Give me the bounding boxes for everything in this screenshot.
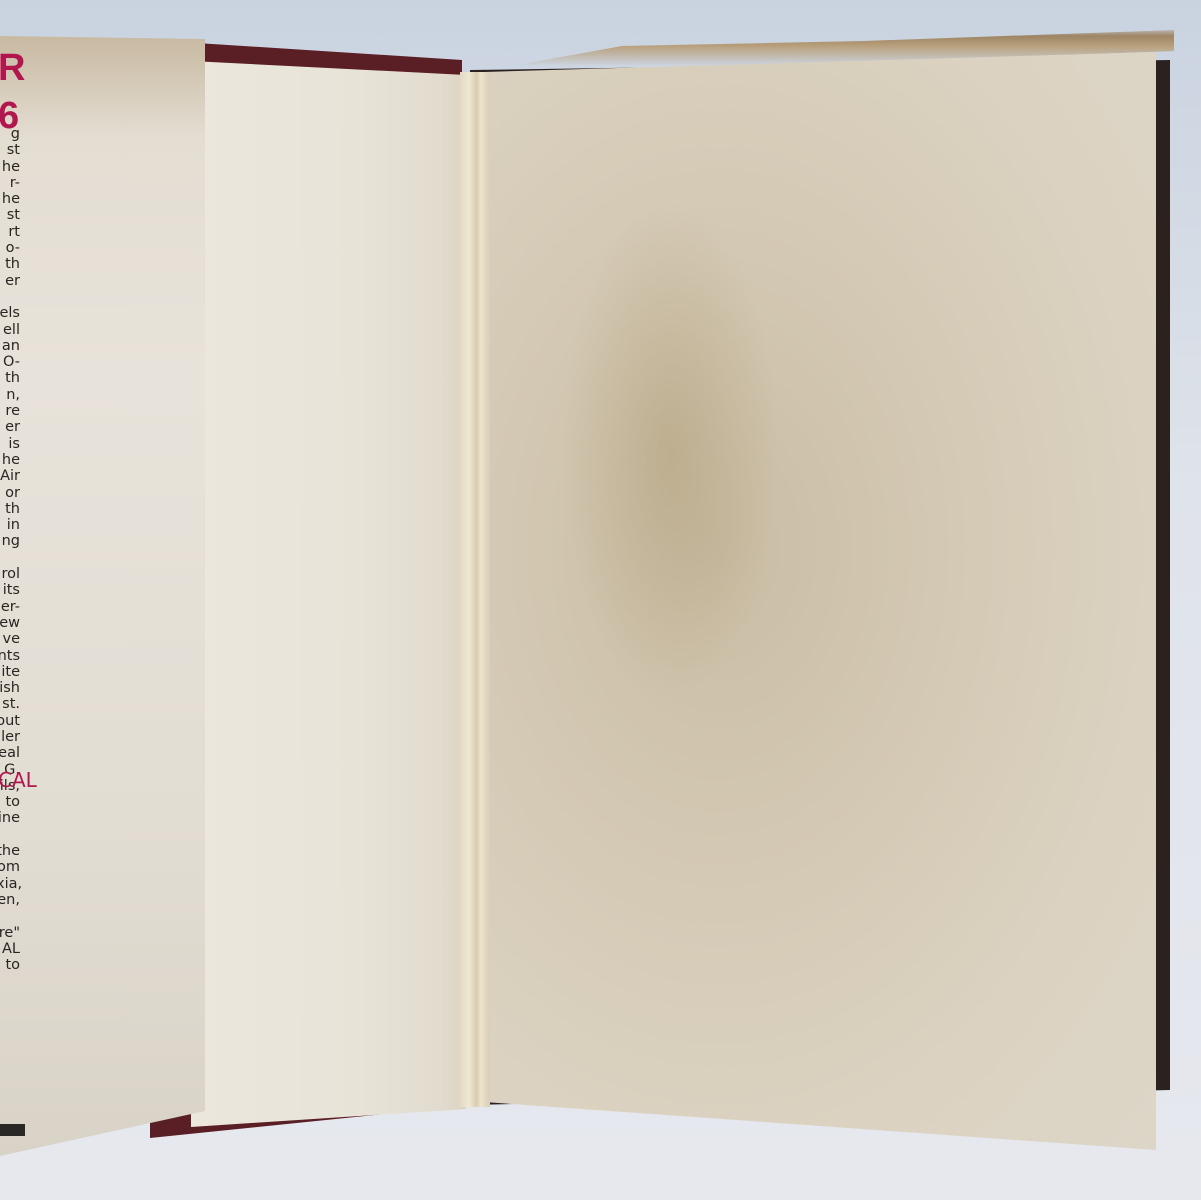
- flap-footer-text: CAL: [0, 768, 37, 792]
- left-endpaper: [191, 61, 466, 1127]
- dust-jacket-flap: R 6 g st he r- he st rt o- th er els ell…: [0, 36, 205, 1156]
- book-photo: R 6 g st he r- he st rt o- th er els ell…: [0, 0, 1201, 1200]
- foxing-stain: [560, 200, 780, 700]
- flap-barcode-bar: [0, 1124, 25, 1136]
- flap-blurb-text: g st he r- he st rt o- th er els ell an …: [0, 126, 20, 973]
- book-gutter: [460, 72, 490, 1107]
- flap-title-line: R: [0, 44, 18, 92]
